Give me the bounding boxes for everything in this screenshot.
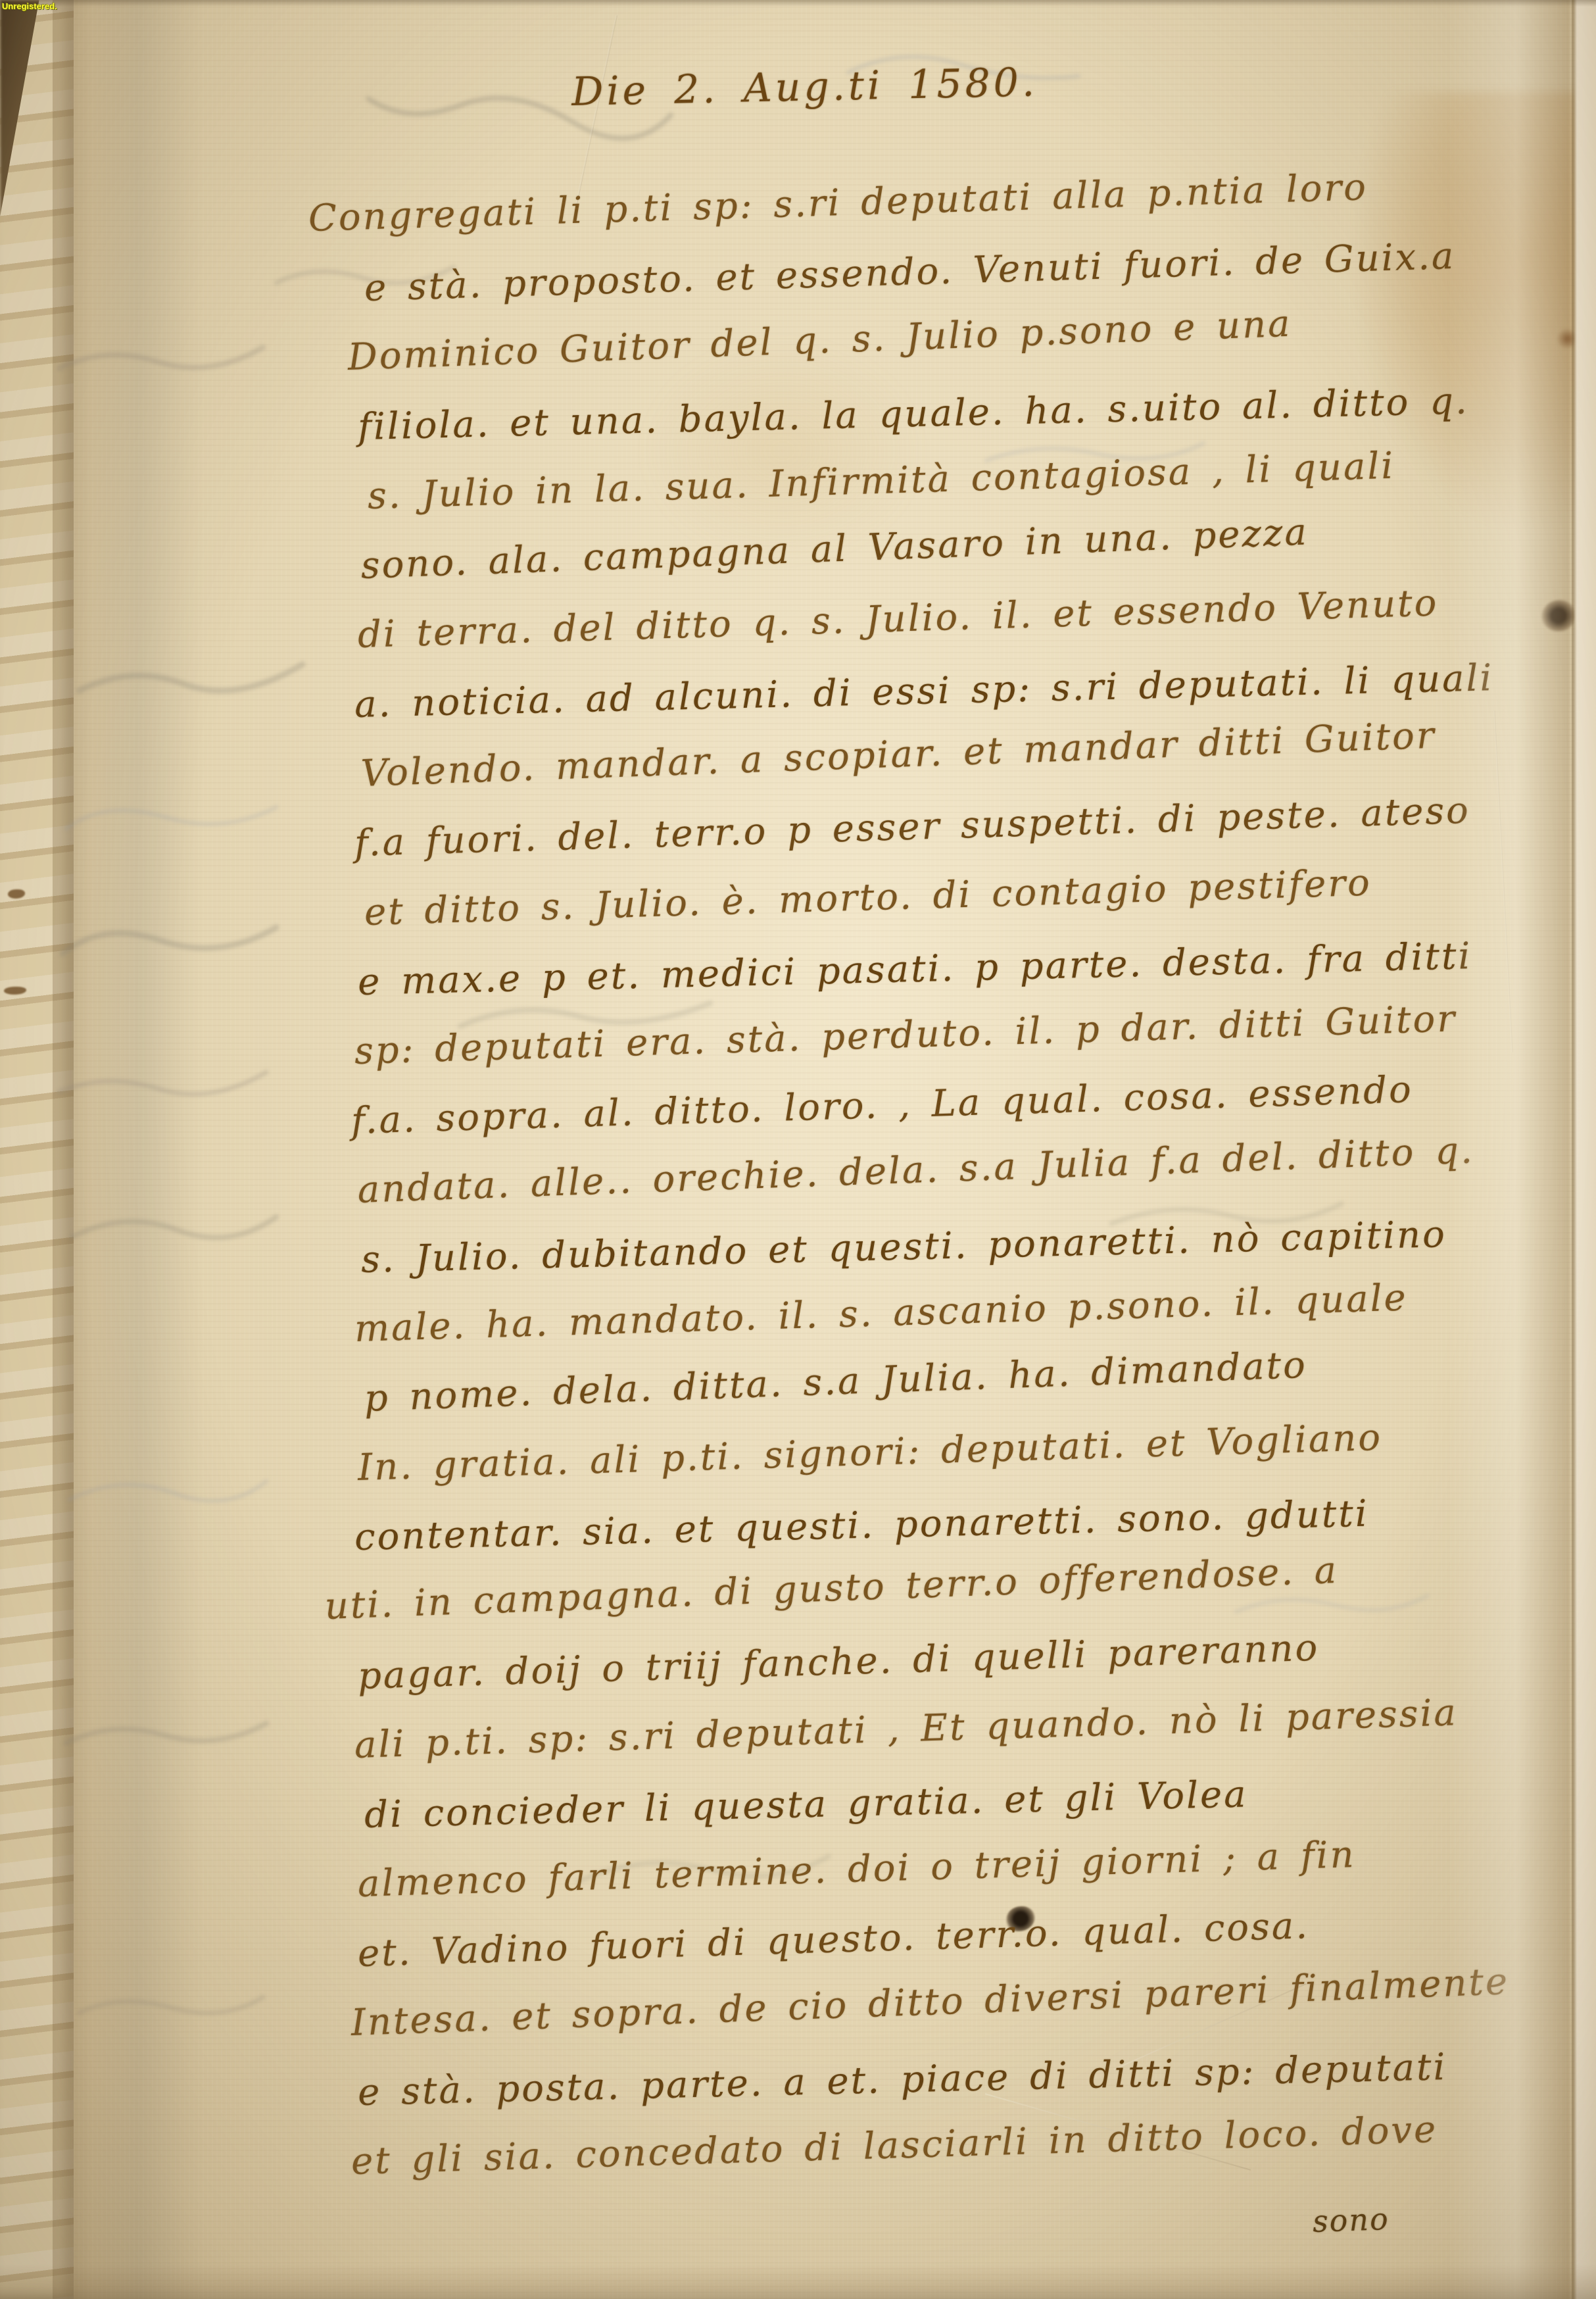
date-heading: Die 2. Aug.ti 1580. — [571, 59, 1038, 115]
manuscript-line-26: et. Vadino fuori di questo. terr.o. qual… — [357, 1904, 1310, 1975]
manuscript-line-14: f.a. sopra. al. ditto. loro. , La qual. … — [351, 1068, 1413, 1143]
page-curl-highlight — [1447, 0, 1573, 2299]
manuscript-line-6: sono. ala. campagna al Vasaro in una. pe… — [360, 510, 1309, 587]
underlying-page-edge — [1572, 0, 1596, 2299]
manuscript-line-10: f.a fuori. del. terr.o p esser suspetti.… — [354, 789, 1471, 865]
manuscript-line-19: In. gratia. ali p.ti. signori: deputati.… — [357, 1416, 1383, 1489]
unregistered-watermark: Unregistered. — [2, 1, 57, 11]
manuscript-line-28: e stà. posta. parte. a et. piace di ditt… — [357, 2046, 1447, 2114]
manuscript-line-12: e max.e p et. medici pasati. p parte. de… — [357, 935, 1472, 1004]
manuscript-page: Die 2. Aug.ti 1580. Congregati li p.ti s… — [0, 0, 1596, 2299]
manuscript-line-17: male. ha. mandato. il. s. ascanio p.sono… — [354, 1276, 1408, 1350]
manuscript-line-22: pagar. doij o triij fanche. di quelli pa… — [357, 1627, 1320, 1698]
manuscript-line-18: p nome. dela. ditta. s.a Julia. ha. dima… — [364, 1344, 1308, 1420]
manuscript-line-13: sp: deputati era. stà. perduto. il. p da… — [354, 997, 1457, 1073]
manuscript-line-2: e stà. proposto. et essendo. Venuti fuor… — [364, 235, 1456, 310]
manuscript-line-15: andata. alle.. orechie. dela. s.a Julia … — [357, 1129, 1475, 1212]
manuscript-line-9: Volendo. mandar. a scopiar. et mandar di… — [360, 714, 1437, 795]
manuscript-line-21: uti. in campagna. di gusto terr.o offere… — [324, 1549, 1339, 1628]
manuscript-line-27: Intesa. et sopra. de cio ditto diversi p… — [351, 1960, 1510, 2044]
manuscript-line-1: Congregati li p.ti sp: s.ri deputati all… — [308, 166, 1368, 240]
manuscript-line-29: et gli sia. concedato di lasciarli in di… — [351, 2108, 1438, 2183]
manuscript-line-16: s. Julio. dubitando et questi. ponaretti… — [360, 1213, 1447, 1281]
manuscript-line-20: contentar. sia. et questi. ponaretti. so… — [354, 1493, 1369, 1559]
manuscript-line-23: ali p.ti. sp: s.ri deputati , Et quando.… — [354, 1691, 1459, 1767]
bottom-edge-shadow — [0, 2264, 1596, 2299]
top-edge-shadow — [0, 0, 1596, 7]
manuscript-line-7: di terra. del ditto q. s. Julio. il. et … — [357, 581, 1439, 656]
gutter-shadow — [53, 0, 204, 2299]
manuscript-line-5: s. Julio in la. sua. Infirmità contagios… — [367, 445, 1395, 518]
manuscript-line-24: di concieder li questa gratia. et gli Vo… — [364, 1773, 1248, 1837]
manuscript-line-3: Dominico Guitor del q. s. Julio p.sono e… — [347, 303, 1293, 379]
manuscript-line-25: almenco farli termine. doi o treij giorn… — [357, 1833, 1356, 1906]
manuscript-line-11: et ditto s. Julio. è. morto. di contagio… — [364, 862, 1372, 934]
manuscript-line-8: a. noticia. ad alcuni. di essi sp: s.ri … — [354, 656, 1494, 726]
catchword: sono — [1312, 2201, 1390, 2239]
manuscript-line-4: filiola. et una. bayla. la quale. ha. s.… — [357, 380, 1469, 449]
